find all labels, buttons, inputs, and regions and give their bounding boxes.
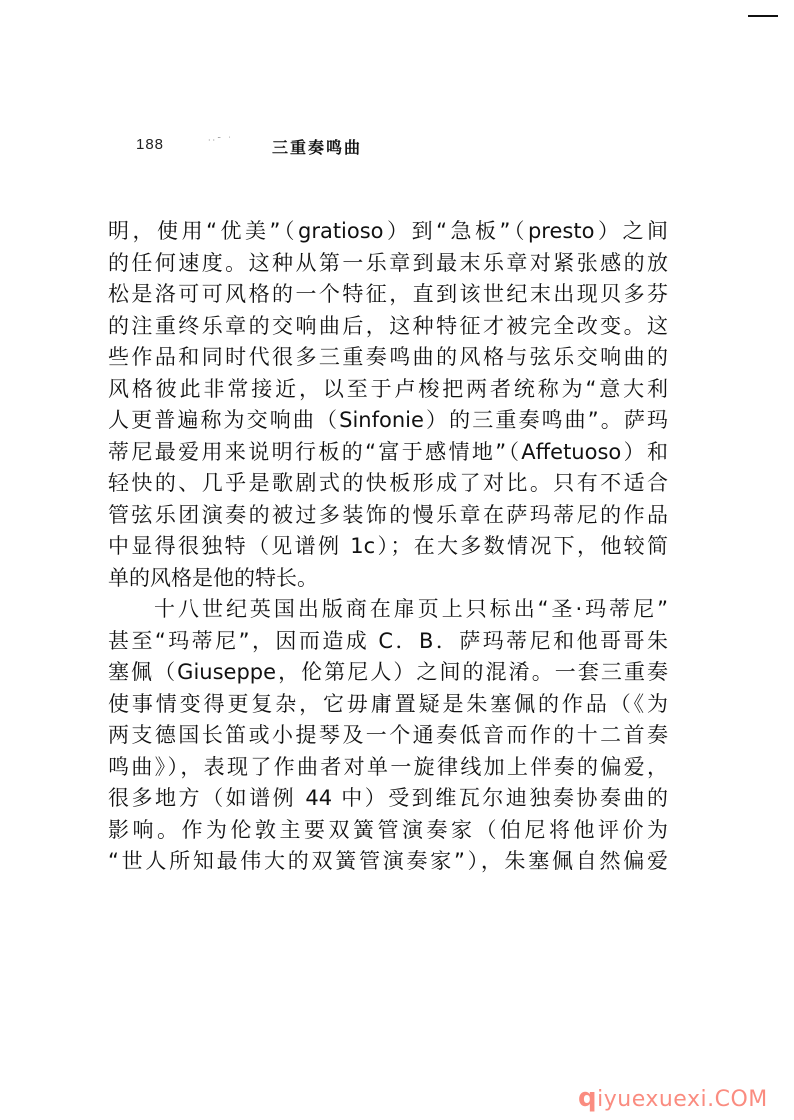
text-line: 的注重终乐章的交响曲后，这种特征才被完全改变。这 [108,311,668,343]
text-line: 管弦乐团演奏的被过多装饰的慢乐章在萨玛蒂尼的作品 [108,500,668,532]
text-line: 甚至“玛蒂尼”，因而造成 C．B．萨玛蒂尼和他哥哥朱 [108,626,668,658]
text-line: 风格彼此非常接近，以至于卢梭把两者统称为“意大利 [108,374,668,406]
corner-rule [748,15,778,17]
running-title: 三重奏鸣曲 [272,135,362,158]
text-line: 的任何速度。这种从第一乐章到最末乐章对紧张感的放 [108,248,668,280]
text-line: 明，使用“优美”（gratioso）到“急板”（presto）之间 [108,216,668,248]
paragraph-end-line: 单的风格是他的特长。 [108,563,668,595]
text-line: 中显得很独特（见谱例 1c）；在大多数情况下，他较简 [108,531,668,563]
text-line: 人更普遍称为交响曲（Sinfonie）的三重奏鸣曲”。萨玛 [108,405,668,437]
scan-artifact: ··˜ ˙ [208,136,234,145]
text-line: 两支德国长笛或小提琴及一个通奏低音而作的十二首奏 [108,720,668,752]
watermark: qiyuexuexi.COM [578,1083,768,1113]
text-line: 些作品和同时代很多三重奏鸣曲的风格与弦乐交响曲的 [108,342,668,374]
text-line: 松是洛可可风格的一个特征，直到该世纪末出现贝多芬 [108,279,668,311]
page-header: 188 ··˜ ˙ 三重奏鸣曲 [136,136,794,158]
text-line: 蒂尼最爱用来说明行板的“富于感情地”（Affetuoso）和 [108,437,668,469]
text-line: 轻快的、几乎是歌剧式的快板形成了对比。只有不适合 [108,468,668,500]
text-line: “世人所知最伟大的双簧管演奏家”），朱塞佩自然偏爱 [108,846,668,878]
text-line: 鸣曲》），表现了作曲者对单一旋律线加上伴奏的偏爱， [108,752,668,784]
page-number: 188 [136,136,164,153]
text-line: 使事情变得更复杂，它毋庸置疑是朱塞佩的作品（《为 [108,689,668,721]
text-line: 塞佩（Giuseppe，伦第尼人）之间的混淆。一套三重奏 [108,657,668,689]
watermark-logo-q: q [578,1083,597,1113]
watermark-text: iyuexuexi.COM [597,1087,768,1112]
body-text: 明，使用“优美”（gratioso）到“急板”（presto）之间 的任何速度。… [108,216,668,878]
paragraph-start-line: 十八世纪英国出版商在扉页上只标出“圣·玛蒂尼” [108,594,668,626]
text-line: 影响。作为伦敦主要双簧管演奏家（伯尼将他评价为 [108,815,668,847]
text-line: 很多地方（如谱例 44 中）受到维瓦尔迪独奏协奏曲的 [108,783,668,815]
